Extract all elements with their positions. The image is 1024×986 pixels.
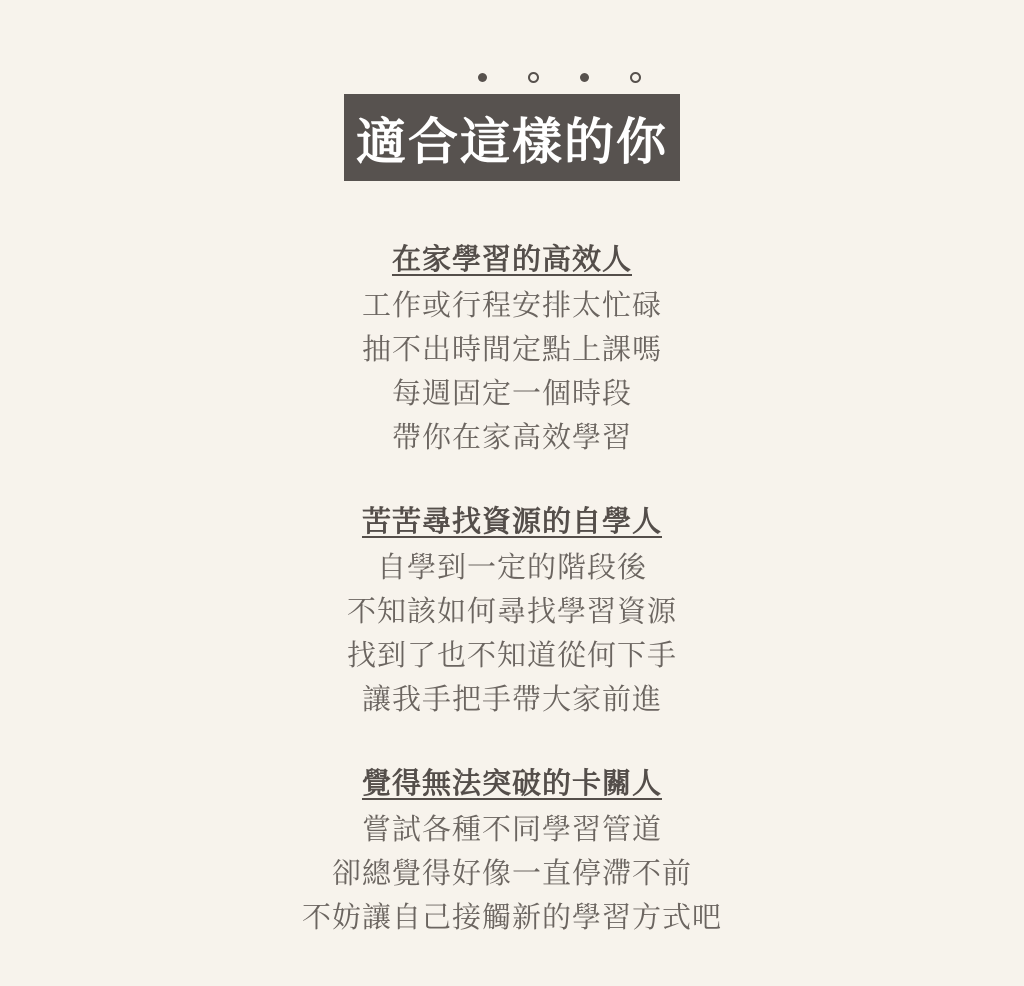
section-line: 嘗試各種不同學習管道: [0, 807, 1024, 851]
title-banner: 適合這樣的你: [344, 94, 680, 181]
section-stuck-learner: 覺得無法突破的卡關人 嘗試各種不同學習管道 卻總覺得好像一直停滯不前 不妨讓自己…: [0, 765, 1024, 939]
section-line: 自學到一定的階段後: [0, 545, 1024, 589]
section-heading: 在家學習的高效人: [0, 241, 1024, 277]
section-line: 不妨讓自己接觸新的學習方式吧: [0, 895, 1024, 939]
section-home-learner: 在家學習的高效人 工作或行程安排太忙碌 抽不出時間定點上課嗎 每週固定一個時段 …: [0, 241, 1024, 459]
sections-list: 在家學習的高效人 工作或行程安排太忙碌 抽不出時間定點上課嗎 每週固定一個時段 …: [0, 241, 1024, 939]
section-line: 抽不出時間定點上課嗎: [0, 327, 1024, 371]
section-line: 找到了也不知道從何下手: [0, 633, 1024, 677]
section-self-learner: 苦苦尋找資源的自學人 自學到一定的階段後 不知該如何尋找學習資源 找到了也不知道…: [0, 503, 1024, 721]
section-line: 不知該如何尋找學習資源: [0, 589, 1024, 633]
dot-filled-icon: [478, 73, 487, 82]
section-heading: 苦苦尋找資源的自學人: [0, 503, 1024, 539]
section-line: 每週固定一個時段: [0, 371, 1024, 415]
section-line: 帶你在家高效學習: [0, 415, 1024, 459]
section-line: 卻總覺得好像一直停滯不前: [0, 851, 1024, 895]
section-heading: 覺得無法突破的卡關人: [0, 765, 1024, 801]
dot-hollow-icon: [630, 72, 641, 83]
dot-filled-icon: [580, 73, 589, 82]
page-background: 適合這樣的你 在家學習的高效人 工作或行程安排太忙碌 抽不出時間定點上課嗎 每週…: [0, 0, 1024, 986]
section-line: 讓我手把手帶大家前進: [0, 677, 1024, 721]
section-line: 工作或行程安排太忙碌: [0, 283, 1024, 327]
page-title: 適合這樣的你: [356, 102, 668, 174]
dot-hollow-icon: [528, 72, 539, 83]
decoration-dots: [478, 72, 641, 83]
